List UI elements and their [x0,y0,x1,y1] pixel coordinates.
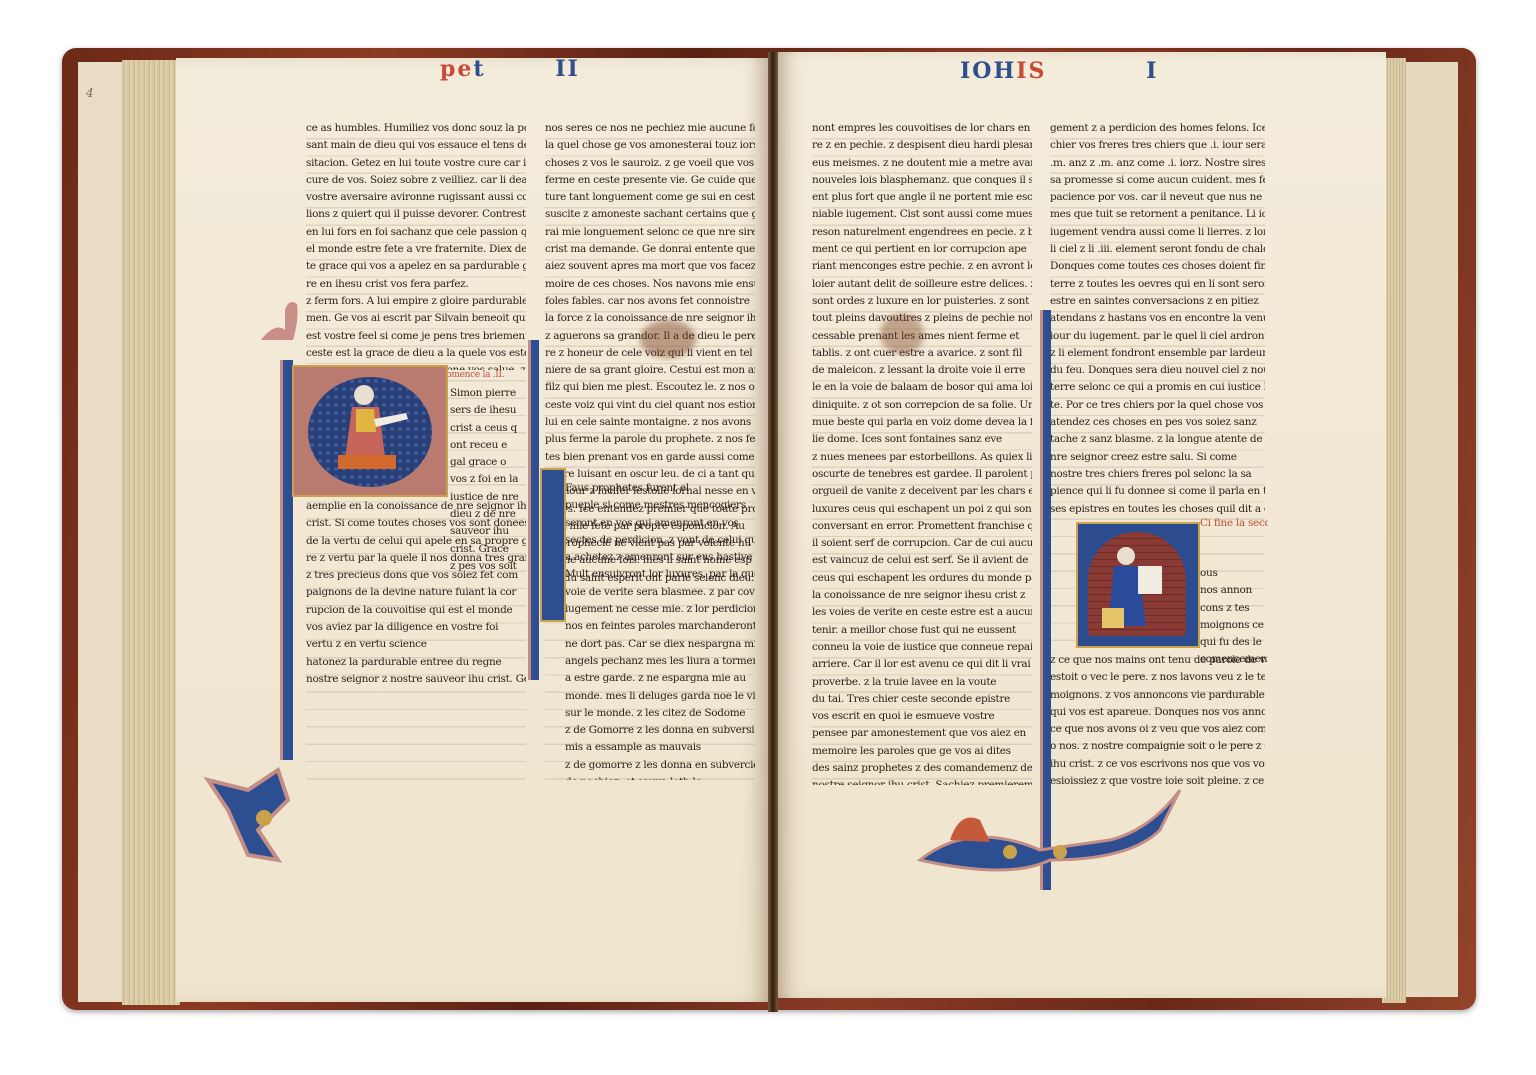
text-line: z tres precieus dons que vos soiez fet c… [306,567,526,584]
text-line: orgueil de vanite z deceivent par les ch… [812,483,1032,500]
initial-ascender [528,340,539,680]
text-line: moire de ces choses. Nos navons mie ensu… [545,276,755,293]
text-line: de pechiez. et sauva loth le [565,774,755,780]
text-line: estoit o vec le pere. z nos lavons veu z… [1050,669,1265,686]
lion-drollery-icon [255,280,305,360]
text-line: Faus prophetes furent el [565,480,755,497]
text-line: est vostre feel si come je pens tres bri… [306,328,526,345]
text-line: monde. mes li deluges garda noe le viii [565,688,755,705]
text-line: ent plus fort que angle il ne portent mi… [812,189,1032,206]
text-line: Simon pierre [450,385,528,402]
right-col2-beside-initial: ousnos annoncons z tesmoignons cequi fu … [1200,565,1268,665]
text-line: z de gomorre z les donna en subvercion [565,757,755,774]
running-head-red: IS [1016,58,1046,84]
text-line: nos en feintes paroles marchanderont. As… [565,618,755,635]
foliate-rinceaux-icon [188,760,338,870]
text-line: hatonez la pardurable entree du regne [306,654,526,671]
text-line: proverbe. z la truie lavee en la voute [812,674,1032,691]
left-col2-after-initial: Faus prophetes furent elpueple si come m… [565,480,755,780]
text-line: choses z vos le sauroiz. z ge voeil que … [545,155,755,172]
text-line: tablis. z ont cuer estre a avarice. z so… [812,345,1032,362]
text-line: pience qui li fu donnee si come il parla… [1050,483,1265,500]
text-line: sitacion. Getez en lui toute vostre cure… [306,155,526,172]
text-line: z ce que nos mains ont tenu de parole de… [1050,652,1265,669]
text-line: z li element fondront ensemble par larde… [1050,345,1265,362]
text-line: nostre tres chiers freres pol selonc la … [1050,466,1265,483]
text-line: filz qui bien me plest. Escoutez le. z n… [545,379,755,396]
right-running-head: IOHIS I [960,58,1158,84]
historiated-initial-saint-peter [292,365,448,497]
text-line: ceste est la grace de dieu a la quele vo… [306,345,526,362]
text-line: Ci fine la seconde epistre saint pere z … [1200,515,1268,532]
text-line: vos z foi en la [450,471,528,488]
text-line: sectes de perdicion. z vont de celui qui… [565,532,755,549]
text-line: nostre seignor z nostre sauveor ihu cris… [306,671,526,688]
text-line: rupcion de la couvoitise qui est el mond… [306,602,526,619]
text-line: tenir. a meillor chose fust qui ne eusse… [812,622,1032,639]
text-line: ture tant longuement come ge sui en cest… [545,189,755,206]
text-line: seront en vos qui amenront en vos [565,515,755,532]
text-line: loier autant delit de soilleure estre de… [812,276,1032,293]
foxing-stain [640,320,696,358]
text-line: re en ihesu crist vos fera parfez. [306,276,526,293]
text-line: mue beste qui parla en voiz dome devea l… [812,414,1032,431]
running-head-red: pe [440,56,473,82]
pencil-marginal-note: 4 [86,86,94,100]
text-line: ferme en ceste presente vie. Ge cuide qu… [545,172,755,189]
text-line: plus ferme la parole du prophete. z nos … [545,431,755,448]
text-line: qui vos est apareue. Donques nos vos ann… [1050,704,1265,721]
foxing-stain [880,314,924,354]
text-line: atendez ces choses en pes vos soiez sanz [1050,414,1265,431]
text-line: z de Gomorre z les donna en subversion [565,722,755,739]
text-line: z ferm fors. A lui empire z gloire pardu… [306,293,526,310]
text-line: re z en pechie. z despisent dieu hardi p… [812,137,1032,154]
text-line: la quel chose ge vos amonesterai touz io… [545,137,755,154]
left-running-head: pet II [440,56,580,82]
text-line: vertu z en vertu science [306,636,526,653]
text-line: terre z toutes les oevres qui en li sont… [1050,276,1265,293]
text-line: sant main de dieu qui vos essauce el ten… [306,137,526,154]
small-initial-F [540,468,566,622]
chapter-marker: I [1146,58,1158,84]
text-line: sur le monde. z les citez de Sodome [565,705,755,722]
text-line: ment ce qui pertient en lor corrupcion a… [812,241,1032,258]
text-line: atendans z hastans vos en encontre la ve… [1050,310,1265,327]
text-line: pueple si come mestres mencogiers [565,497,755,514]
text-line: iour du iugement. par le quel li ciel ar… [1050,328,1265,345]
running-head-blue: IOH [960,58,1016,84]
text-line: aiez souvent apres ma mort que vos facez… [545,258,755,275]
lion-drollery-rinceaux-icon [910,780,1190,890]
text-line: vos escrit en quoi ie esmueve vostre [812,708,1032,725]
text-line: en lui fors en foi sachanz que cele pass… [306,224,526,241]
text-line: ont receu e [450,437,528,454]
text-line: rai mie longuement selonc ce que nre sir… [545,224,755,241]
text-line: crist. Si come toutes choses vos sont do… [306,515,526,532]
text-line: nont empres les couvoitises de lor chars… [812,120,1032,137]
text-line: memoire les paroles que ge vos ai dites [812,743,1032,760]
text-line: eus meismes. z ne doutent mie a metre av… [812,155,1032,172]
text-line: foles fables. car nos avons fet connoist… [545,293,755,310]
text-line: riant menconges estre pechie. z en avron… [812,258,1032,275]
text-line: li ciel z li .iii. element seront fondu … [1050,241,1265,258]
text-line: te. Por ce tres chiers por la quel chose… [1050,397,1265,414]
text-line: estre en saintes conversacions z en piti… [1050,293,1265,310]
gutter [768,52,778,1012]
text-line: pacience por vos. car il neveut que nus … [1050,189,1265,206]
text-line: moignons ce [1200,617,1268,634]
text-line: z nues menees par estorbeillons. As quie… [812,449,1032,466]
text-line: o nos. z nostre compaignie soit o le per… [1050,738,1265,755]
saint-peter-figure [334,377,414,487]
text-line: du feu. Donques sera dieu nouvel ciel z … [1050,362,1265,379]
text-line: gal grace o [450,454,528,471]
right-col1-text: nont empres les couvoitises de lor chars… [812,120,1032,785]
text-line: du tai. Tres chier ceste seconde epistre [812,691,1032,708]
text-line: ceus qui eschapent les ordures du monde … [812,570,1032,587]
text-line: voie de verite sera blasmee. z par covoi… [565,584,755,601]
text-line: cons z tes [1200,600,1268,617]
text-line: suscite z amoneste sachant certains que … [545,206,755,223]
text-line: sa promesse si come aucun cuident. mes f… [1050,172,1265,189]
text-line: .m. anz z .m. anz come .i. iorz. Nostre … [1050,155,1265,172]
text-line: des sainz prophetes z des comandemenz de… [812,760,1032,777]
text-line: est vaincuz de celui est serf. Se il avi… [812,552,1032,569]
text-line: cure de vos. Soiez sobre z veilliez. car… [306,172,526,189]
text-line: tes bien prenant vos en garde aussi come… [545,449,755,466]
text-line: chier vos freres tres chiers que .i. iou… [1050,137,1265,154]
text-line: mes que tuit se retornent a penitance. L… [1050,206,1265,223]
text-line: tache z sanz blasme. z la longue atente … [1050,431,1265,448]
text-line: iugement ne cesse mie. z lor perdicion [565,601,755,618]
text-line: lions z quiert qui il puisse devorer. Co… [306,206,526,223]
text-line: ce que nos avons oi z veu que vos aiez c… [1050,721,1265,738]
text-line: lie dome. Ices sont fontaines sanz eve [812,431,1032,448]
text-line: a achetez z amenront sur eus hastive per… [565,549,755,566]
text-line: le en la voie de balaam de bosor qui ama… [812,379,1032,396]
left-col1-top-text: ce as humbles. Humiliez vos donc souz la… [306,120,526,370]
text-line: qui fu des le [1200,634,1268,651]
text-line: pensee par amonestement que vos aiez en [812,725,1032,742]
text-line: paignons de la devine nature fuiant la c… [306,584,526,601]
left-col1-bottom-text: aemplie en la conoissance de nre seignor… [306,498,526,783]
text-line: sers de ihesu [450,402,528,419]
text-line: il soient serf de corrupcion. Car de cui… [812,535,1032,552]
text-line: moignons. z vos annoncons vie pardurable [1050,687,1265,704]
chapter-marker: II [555,56,580,82]
text-line: la conoissance de nre seignor ihesu cris… [812,587,1032,604]
text-line: nos seres ce nos ne pechiez mie aucune f… [545,120,755,137]
text-line: nos annon [1200,582,1268,599]
text-line: te grace qui vos a apelez en sa pardurab… [306,258,526,275]
text-line: ceste voiz qui vint du ciel quant nos es… [545,397,755,414]
text-line: re z vertu par la quele il nos donna tre… [306,550,526,567]
text-line: crist ma demande. Ge donrai entente que … [545,241,755,258]
text-line: arriere. Car il lor est avenu ce qui dit… [812,656,1032,673]
text-line: a estre garde. z ne espargna mie au [565,670,755,687]
text-line: niere de sa grant gloire. Cestui est mon… [545,362,755,379]
text-line: Donques come toutes ces choses doient fi… [1050,258,1265,275]
text-line: diniquite. z ot son correpcion de sa fol… [812,397,1032,414]
text-line: Mult ensuivront lor luxures. par la quel… [565,566,755,583]
text-line: mis a essample as mauvais [565,739,755,756]
text-line: luxures ceus qui eschapent un poi z qui … [812,501,1032,518]
text-line: ce as humbles. Humiliez vos donc souz la… [306,120,526,137]
text-line: reson naturelment engendrees en pecie. z… [812,224,1032,241]
text-line: iugement vendra aussi come li lierres. z… [1050,224,1265,241]
text-line: gement z a perdicion des homes felons. I… [1050,120,1265,137]
right-pastedown [1400,62,1458,997]
text-line: les voies de verite en ceste estre est a… [812,604,1032,621]
running-head-blue: t [473,56,485,82]
text-line: vos aviez par la diligence en vostre foi [306,619,526,636]
saint-john-figure [1098,538,1178,638]
text-line: de maleicon. z lessant la droite voie il… [812,362,1032,379]
text-line: sont ordes z luxure en lor puisteries. z… [812,293,1032,310]
text-line: ne dort pas. Car se diex nespargna mie [565,636,755,653]
right-col2-after-initial: z ce que nos mains ont tenu de parole de… [1050,652,1265,787]
text-line: niable iugement. Cist sont aussi come mu… [812,206,1032,223]
text-line: nre seignor creez estre salu. Si come [1050,449,1265,466]
text-line: crist a ceus q [450,420,528,437]
text-line: el monde estre fete a vre fraternite. Di… [306,241,526,258]
text-line: oscurte de tenebres est gardee. Il parol… [812,466,1032,483]
text-line: conversant en error. Promettent franchis… [812,518,1032,535]
text-line: terre selonc ce qui a promis en cui iust… [1050,379,1265,396]
text-line: vostre aversaire avironne rugissant auss… [306,189,526,206]
text-line: angels pechanz mes les liura a tormenter [565,653,755,670]
text-line: conneu la voie de iustice que conneue re… [812,639,1032,656]
text-line: men. Ge vos ai escrit par Silvain beneoi… [306,310,526,327]
text-line: nouveles lois blasphemanz. que conques i… [812,172,1032,189]
text-line: ous [1200,565,1268,582]
right-col2-text: gement z a perdicion des homes felons. I… [1050,120,1265,515]
left-page-stack [122,60,180,1005]
text-line: aemplie en la conoissance de nre seignor… [306,498,526,515]
historiated-initial-saint-john [1076,522,1200,648]
text-line: ses epistres en toutes les choses quil d… [1050,501,1265,515]
text-line: ihu crist. z ce vos escrivons nos que vo… [1050,756,1265,773]
text-line: lui en cele sainte montaigne. z nos avon… [545,414,755,431]
text-line: de la vertu de celui qui apele en sa pro… [306,533,526,550]
